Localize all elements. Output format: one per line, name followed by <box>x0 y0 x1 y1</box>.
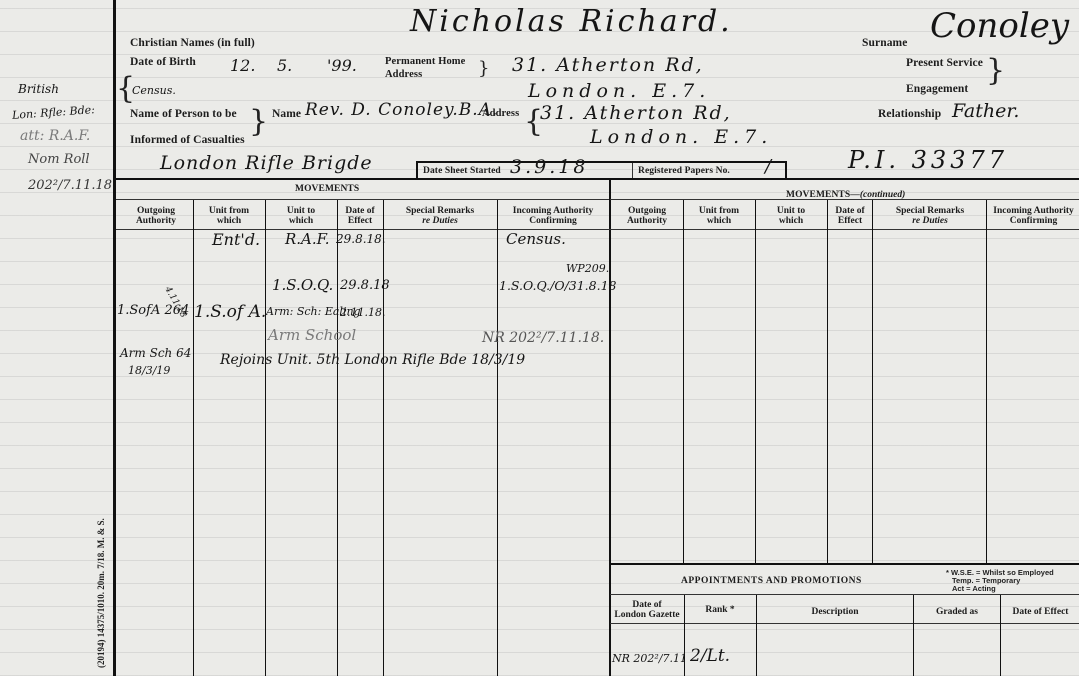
col-outgoing-authority: OutgoingAuthority <box>120 206 192 226</box>
brace-icon: { <box>116 74 135 104</box>
margin-note-british: British <box>18 82 59 96</box>
entry-r1-unit-from: Ent'd. <box>212 230 260 249</box>
notify-name-value: Rev. D. Conoley.B.A. <box>305 100 498 120</box>
divider <box>632 163 633 178</box>
col-line <box>337 200 338 676</box>
dob-month: 5. <box>277 56 292 75</box>
margin-note-nom-roll: Nom Roll <box>28 152 90 167</box>
entry-r4-incoming: NR 202²/7.11.18. <box>482 330 604 346</box>
entry-r2-incoming-sup: WP209. <box>566 262 609 275</box>
appt-col-graded-as: Graded as <box>914 607 1000 617</box>
relationship-value: Father. <box>952 100 1019 122</box>
col-special-remarks: Special Remarksre Duties <box>384 206 496 226</box>
col-line <box>683 200 684 564</box>
movements-divider <box>609 178 611 676</box>
entry-r1-date: 29.8.18. <box>336 232 386 246</box>
col-line <box>755 200 756 564</box>
cont-col-outgoing-authority: OutgoingAuthority <box>612 206 682 226</box>
appointments-top-rule <box>610 563 1079 565</box>
entry-r3-date: 2.11.18. <box>340 306 385 319</box>
notify-person-label-2: Informed of Casualties <box>130 134 245 146</box>
registered-papers-value: / <box>765 156 771 177</box>
permanent-address-label-1: Permanent Home <box>385 56 465 67</box>
margin-note-regiment: Lon: Rfle: Bde: <box>12 103 96 122</box>
date-sheet-started-value: 3.9.18 <box>510 156 588 178</box>
present-service-label: Present Service <box>906 57 983 69</box>
census-note: Census. <box>132 84 176 97</box>
entry-r5-outgoing-date: 18/3/19 <box>128 364 170 377</box>
col-line <box>756 595 757 676</box>
brace-icon: } <box>986 54 1005 88</box>
cont-col-header-rule <box>610 229 1079 230</box>
entry-r5-outgoing: Arm Sch 64 <box>120 346 191 360</box>
appt-header-rule <box>610 623 1079 624</box>
appointments-legend-3: Act = Acting <box>952 585 996 593</box>
col-line <box>497 200 498 676</box>
dob-label: Date of Birth <box>130 56 196 68</box>
permanent-address-line1: 31. Atherton Rd, <box>512 54 704 76</box>
col-line <box>383 200 384 676</box>
christian-names-value: Nicholas Richard. <box>410 4 733 39</box>
appointments-title-rule <box>610 594 1079 595</box>
cont-col-unit-to: Unit towhich <box>756 206 826 226</box>
entry-r2-date: 29.8.18 <box>340 278 390 293</box>
brace-icon: } <box>249 104 268 140</box>
brace-icon: } <box>478 58 489 80</box>
cont-col-special-remarks: Special Remarksre Duties <box>874 206 986 226</box>
appt-col-description: Description <box>758 607 912 617</box>
col-line <box>872 200 873 564</box>
print-reference: (20194) 14375/1010. 20m. 7/18. M. & S. <box>96 518 106 668</box>
movements-continued-rule <box>610 199 1079 200</box>
surname-label: Surname <box>862 37 907 49</box>
col-unit-from: Unit fromwhich <box>195 206 263 226</box>
notify-address-line1: 31. Atherton Rd, <box>540 102 732 124</box>
entry-r2-incoming: 1.S.O.Q./O/31.8.18 <box>499 278 617 293</box>
col-unit-to: Unit towhich <box>266 206 336 226</box>
date-sheet-started-label: Date Sheet Started <box>423 166 501 176</box>
cont-col-incoming-authority: Incoming AuthorityConfirming <box>988 206 1079 226</box>
dob-day: 12. <box>230 56 255 75</box>
col-line <box>193 200 194 676</box>
cont-col-unit-from: Unit fromwhich <box>684 206 754 226</box>
col-line <box>986 200 987 564</box>
col-line <box>913 595 914 676</box>
relationship-label: Relationship <box>878 108 941 120</box>
margin-note-attached: att: R.A.F. <box>20 128 90 144</box>
appt-row1-rank: 2/Lt. <box>690 646 730 666</box>
dob-year: '99. <box>327 56 357 75</box>
permanent-address-line2: London. E.7. <box>528 80 710 102</box>
appt-row1-gazette: NR 202²/7.11 <box>612 652 687 665</box>
permanent-address-label-2: Address <box>385 69 422 80</box>
notify-address-line2: London. E.7. <box>590 126 772 148</box>
entry-r1-incoming: Census. <box>506 230 566 248</box>
appt-col-date-of-effect: Date of Effect <box>1002 607 1079 617</box>
movements-title: MOVEMENTS <box>295 184 359 194</box>
entry-r5-remark: Rejoins Unit. 5th London Rifle Bde 18/3/… <box>220 352 525 368</box>
appt-col-rank: Rank * <box>686 605 754 615</box>
appointments-title: APPOINTMENTS AND PROMOTIONS <box>681 576 862 586</box>
reference-number: P.I. 33377 <box>848 146 1008 174</box>
surname-value: Conoley <box>930 6 1069 46</box>
entry-r2-unit-to: 1.S.O.Q. <box>272 276 333 294</box>
movements-title-rule <box>116 199 610 200</box>
entry-r4-unit-to: Arm School <box>268 326 356 344</box>
appt-col-gazette: Date ofLondon Gazette <box>612 600 682 620</box>
christian-names-label: Christian Names (in full) <box>130 37 255 49</box>
notify-name-label: Name <box>272 108 301 120</box>
header-rule <box>113 178 1079 180</box>
col-line <box>1000 595 1001 676</box>
unit-value: London Rifle Brigde <box>160 152 373 174</box>
service-record-sheet: British Lon: Rfle: Bde: att: R.A.F. Nom … <box>0 0 1079 676</box>
cont-col-date-of-effect: Date ofEffect <box>828 206 872 226</box>
engagement-label: Engagement <box>906 83 968 95</box>
margin-note-ref: 202²/7.11.18 <box>28 178 112 193</box>
col-date-of-effect: Date ofEffect <box>338 206 382 226</box>
col-incoming-authority: Incoming AuthorityConfirming <box>498 206 608 226</box>
entry-r1-unit-to: R.A.F. <box>285 230 330 248</box>
entry-r3-unit-from: 1.S.of A. <box>194 302 266 322</box>
notify-person-label-1: Name of Person to be <box>130 108 237 120</box>
entry-r3-outgoing: 1.SofA 264 <box>117 303 189 318</box>
registered-papers-label: Registered Papers No. <box>638 166 730 176</box>
col-line <box>265 200 266 676</box>
notify-address-label: Address <box>482 108 519 119</box>
col-line <box>827 200 828 564</box>
